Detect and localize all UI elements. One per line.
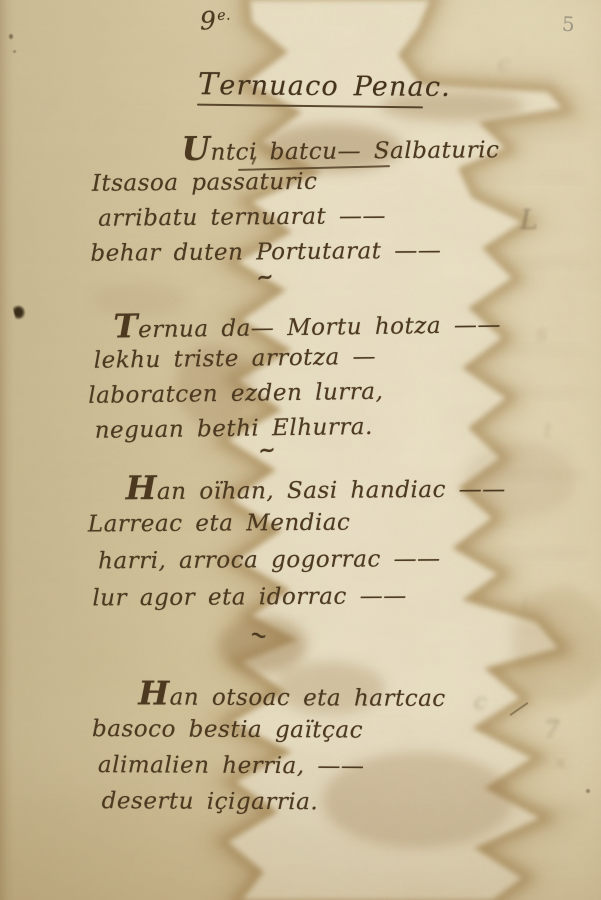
poem-line: alimalien herria, —— — [98, 747, 446, 785]
poem-line: basoco bestia gaïtçac — [92, 711, 446, 749]
showthrough-mark: 7 — [544, 716, 559, 744]
showthrough-mark: t — [544, 418, 552, 442]
showthrough-mark: s — [536, 322, 547, 347]
poem-line: Han oïhan, Sasi handiac —— — [125, 467, 505, 507]
stanza-2: Ternua da— Mortu hotza —— lekhu triste a… — [85, 303, 503, 449]
poem-line: arribatu ternuarat —— — [98, 198, 500, 237]
stanza-4: Han otsoac eta hartcac basoco bestia gaï… — [86, 675, 446, 821]
poem-line: Untci batcu— Salbaturic — [181, 128, 499, 166]
showthrough-mark: c — [474, 690, 486, 715]
manuscript-page: 9e. 5 Ternuaco Penac. Untci batcu— Salba… — [0, 0, 601, 900]
poem-line: Larreac eta Mendiac — [88, 504, 506, 544]
poem-title: Ternuaco Penac. — [198, 67, 451, 104]
stanza-3: Han oïhan, Sasi handiac —— Larreac eta M… — [85, 467, 506, 618]
stanza-1: Untci batcu— Salbaturic Itsasoa passatur… — [87, 128, 500, 272]
poem-line: lekhu triste arrotza — — [94, 338, 502, 379]
ink-speck — [9, 34, 13, 39]
poem-line: harri, arroca gogorrac —— — [98, 541, 506, 581]
heading-number-main: 9 — [200, 6, 217, 36]
folio-number-pencil: 5 — [561, 12, 575, 37]
showthrough-mark: c — [497, 52, 511, 78]
heading-number-sup: e. — [217, 7, 231, 23]
poem-line: laboratcen ezden lurra, — [88, 373, 502, 414]
poem-line: lur agor eta idorrac —— — [92, 578, 506, 618]
poem-line: Ternua da— Mortu hotza —— — [113, 303, 501, 343]
ink-speck — [13, 50, 16, 53]
showthrough-mark: i — [522, 590, 528, 614]
stanza-separator: ~ — [254, 263, 275, 290]
ink-speck — [586, 789, 590, 793]
showthrough-mark: x — [556, 752, 566, 773]
poem-line: neguan bethi Elhurra. — [95, 408, 503, 449]
poem-line: desertu içigarria. — [102, 783, 446, 821]
stanza-separator: ~ — [257, 436, 278, 463]
showthrough-mark: L — [520, 205, 538, 236]
poem-line: Han otsoac eta hartcac — [138, 675, 446, 713]
poem-line: behar duten Portutarat —— — [90, 233, 500, 272]
page-heading-number: 9e. — [200, 5, 232, 35]
